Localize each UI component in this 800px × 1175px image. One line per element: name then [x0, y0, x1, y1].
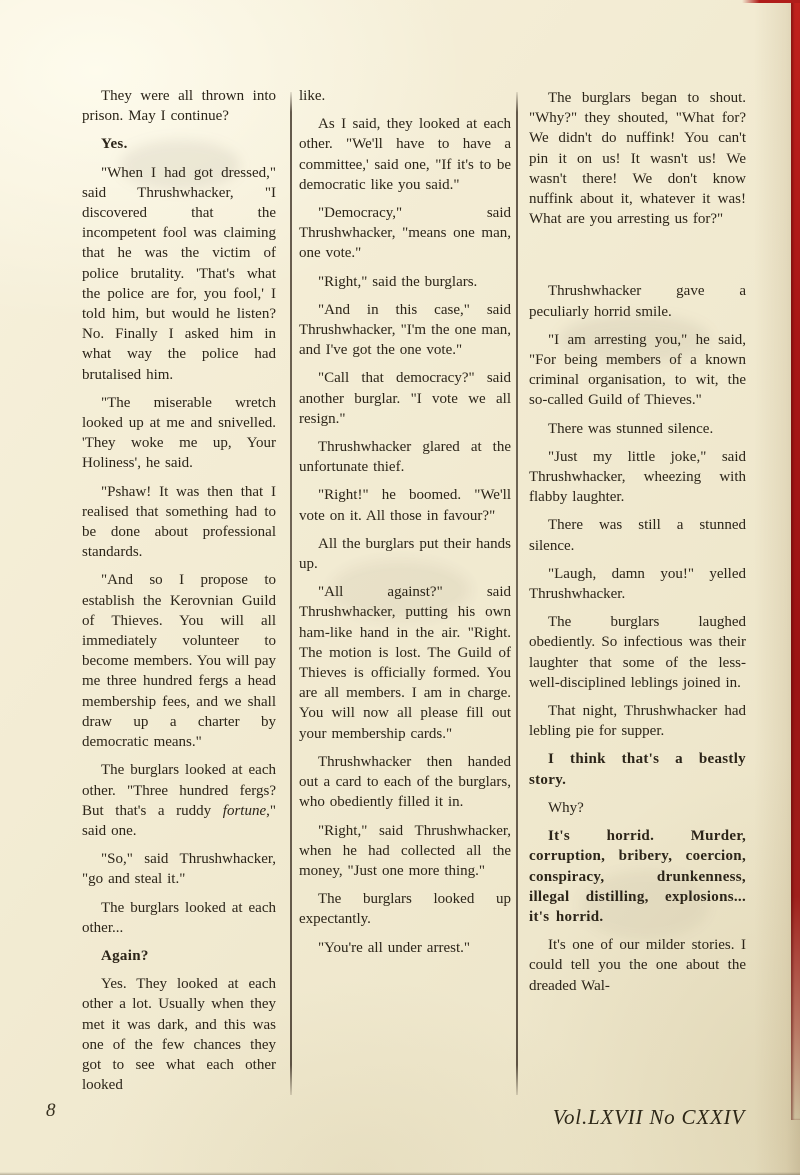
story-paragraph: There was still a stunned silence.	[529, 515, 746, 555]
story-paragraph: Yes. They looked at each other a lot. Us…	[82, 974, 276, 1095]
story-paragraph: "You're all under arrest."	[299, 938, 511, 958]
text-run: "Call that democracy?" said another burg…	[299, 370, 511, 426]
story-paragraph: There was stunned silence.	[529, 419, 746, 439]
text-column-right: The burglars began to shout. "Why?" they…	[529, 88, 746, 1004]
text-run: Thrushwhacker then handed out a card to …	[299, 754, 511, 810]
story-paragraph: Thrushwhacker then handed out a card to …	[299, 752, 511, 813]
text-run: It's one of our milder stories. I could …	[529, 937, 746, 993]
story-paragraph: "I am arresting you," he said, "For bein…	[529, 330, 746, 411]
text-run: "Right!" he boomed. "We'll vote on it. A…	[299, 487, 511, 523]
text-run: They were all thrown into prison. May I …	[82, 88, 276, 124]
magazine-page: { "page": { "columns": [ { "paragraphs":…	[0, 0, 800, 1175]
story-paragraph: As I said, they looked at each other. "W…	[299, 114, 511, 195]
red-page-edge-top	[742, 0, 800, 3]
text-run: Again?	[101, 948, 149, 964]
text-run: The burglars looked at each other...	[82, 900, 276, 936]
story-paragraph: That night, Thrushwhacker had lebling pi…	[529, 701, 746, 741]
story-paragraph: "Right," said the burglars.	[299, 272, 511, 292]
story-paragraph: The burglars laughed obediently. So infe…	[529, 612, 746, 693]
text-run: That night, Thrushwhacker had lebling pi…	[529, 703, 746, 739]
story-paragraph: The burglars looked at each other. "Thre…	[82, 760, 276, 841]
story-paragraph: The burglars looked at each other...	[82, 898, 276, 938]
text-run: There was stunned silence.	[548, 421, 713, 437]
text-run: like.	[299, 88, 325, 104]
story-paragraph: They were all thrown into prison. May I …	[82, 86, 276, 126]
text-column-left: They were all thrown into prison. May I …	[82, 86, 276, 1103]
story-paragraph: "Right!" he boomed. "We'll vote on it. A…	[299, 485, 511, 525]
text-column-middle: like.As I said, they looked at each othe…	[299, 86, 511, 966]
text-run: "All against?" said Thrushwhacker, putti…	[299, 584, 511, 741]
text-run: "And so I propose to establish the Kerov…	[82, 572, 276, 750]
text-run: Why?	[548, 800, 584, 816]
text-run: All the burglars put their hands up.	[299, 536, 511, 572]
story-paragraph: Thrushwhacker glared at the unfortunate …	[299, 437, 511, 477]
story-paragraph: "Laugh, damn you!" yelled Thrushwhacker.	[529, 564, 746, 604]
interviewer-paragraph: Yes.	[82, 134, 276, 154]
text-run: The burglars laughed obediently. So infe…	[529, 614, 746, 691]
text-run: I think that's a beastly story.	[529, 751, 746, 787]
red-page-edge	[791, 0, 800, 1120]
text-run: The burglars began to shout. "Why?" they…	[529, 90, 746, 227]
text-run: Yes. They looked at each other a lot. Us…	[82, 976, 276, 1093]
text-run: "And in this case," said Thrushwhacker, …	[299, 302, 511, 358]
story-paragraph: "Right," said Thrushwhacker, when he had…	[299, 821, 511, 882]
story-paragraph: All the burglars put their hands up.	[299, 534, 511, 574]
text-run: "Laugh, damn you!" yelled Thrushwhacker.	[529, 566, 746, 602]
story-paragraph: "And so I propose to establish the Kerov…	[82, 570, 276, 752]
interviewer-paragraph: I think that's a beastly story.	[529, 749, 746, 789]
story-paragraph: The burglars looked up expectantly.	[299, 889, 511, 929]
text-run: "Right," said the burglars.	[318, 274, 477, 290]
column-gap	[529, 237, 746, 281]
text-run: "Democracy," said Thrushwhacker, "means …	[299, 205, 511, 261]
text-run: "When I had got dressed," said Thrushwha…	[82, 165, 276, 383]
text-run: There was still a stunned silence.	[529, 517, 746, 553]
text-run: The burglars looked up expectantly.	[299, 891, 511, 927]
text-run: "Right," said Thrushwhacker, when he had…	[299, 823, 511, 879]
story-paragraph: "Call that democracy?" said another burg…	[299, 368, 511, 429]
text-run: Thrushwhacker glared at the unfortunate …	[299, 439, 511, 475]
interviewer-paragraph: It's horrid. Murder, corruption, bribery…	[529, 826, 746, 927]
text-run: As I said, they looked at each other. "W…	[299, 116, 511, 193]
story-paragraph: The burglars began to shout. "Why?" they…	[529, 88, 746, 229]
story-paragraph: It's one of our milder stories. I could …	[529, 935, 746, 996]
story-paragraph: "All against?" said Thrushwhacker, putti…	[299, 582, 511, 744]
story-paragraph: "When I had got dressed," said Thrushwha…	[82, 163, 276, 385]
story-paragraph: like.	[299, 86, 511, 106]
column-rule-right	[516, 92, 518, 1095]
text-run: "The miserable wretch looked up at me an…	[82, 395, 276, 472]
issue-volume-label: Vol.LXVII No CXXIV	[553, 1105, 745, 1130]
story-paragraph: "Just my little joke," said Thrushwhacke…	[529, 447, 746, 508]
story-paragraph: Why?	[529, 798, 746, 818]
text-run: Thrushwhacker gave a peculiarly horrid s…	[529, 283, 746, 319]
story-paragraph: "Democracy," said Thrushwhacker, "means …	[299, 203, 511, 264]
story-paragraph: "And in this case," said Thrushwhacker, …	[299, 300, 511, 361]
interviewer-paragraph: Again?	[82, 946, 276, 966]
story-paragraph: "Pshaw! It was then that I realised that…	[82, 482, 276, 563]
italic-word: fortune	[223, 803, 266, 819]
text-run: "Pshaw! It was then that I realised that…	[82, 484, 276, 561]
story-paragraph: "The miserable wretch looked up at me an…	[82, 393, 276, 474]
page-number: 8	[46, 1100, 56, 1122]
text-run: "I am arresting you," he said, "For bein…	[529, 332, 746, 409]
text-run: Yes.	[101, 136, 128, 152]
text-run: "So," said Thrushwhacker, "go and steal …	[82, 851, 276, 887]
story-paragraph: "So," said Thrushwhacker, "go and steal …	[82, 849, 276, 889]
text-run: "Just my little joke," said Thrushwhacke…	[529, 449, 746, 505]
column-rule-left	[290, 92, 292, 1095]
text-run: It's horrid. Murder, corruption, bribery…	[529, 828, 746, 925]
story-paragraph: Thrushwhacker gave a peculiarly horrid s…	[529, 281, 746, 321]
text-run: "You're all under arrest."	[318, 940, 470, 956]
